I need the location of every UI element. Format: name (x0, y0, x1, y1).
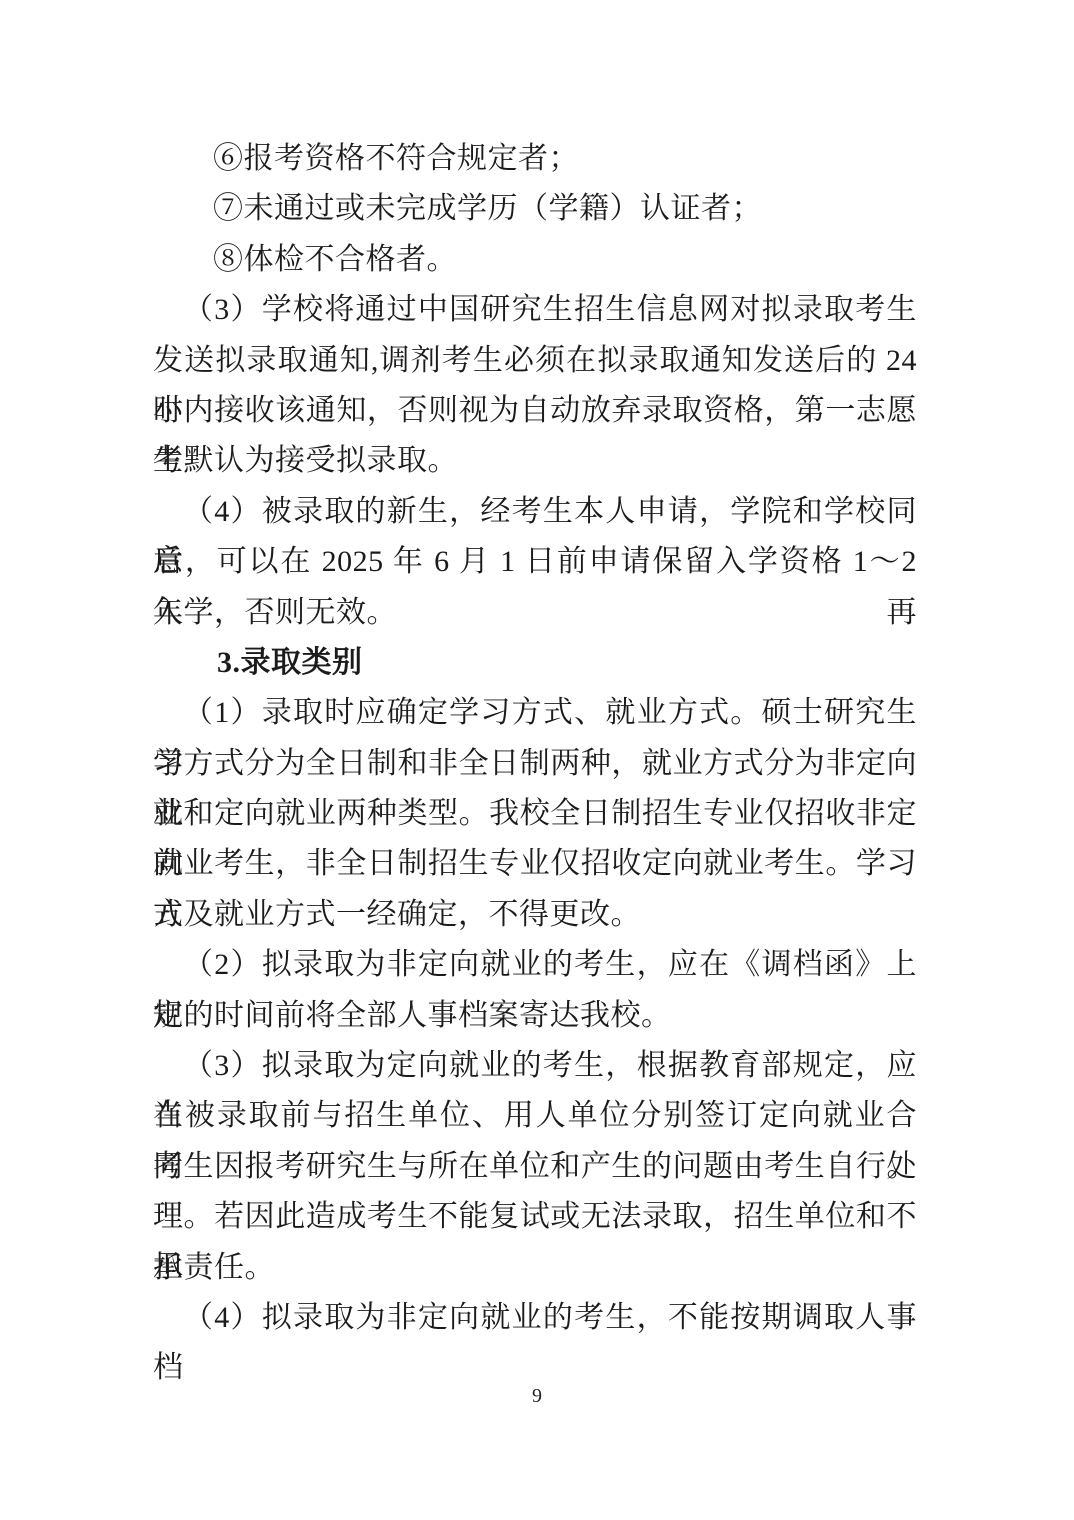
doc-line: 时内接收该通知，否则视为自动放弃录取资格，第一志愿考 (153, 386, 917, 436)
list-item-7: ⑦未通过或未完成学历（学籍）认证者； (153, 184, 917, 234)
doc-line: 业和定向就业两种类型。我校全日制招生专业仅招收非定向 (153, 789, 917, 839)
doc-line: 理。若因此造成考生不能复试或无法录取，招生单位和不承 (153, 1192, 917, 1242)
document-page: ⑥报考资格不符合规定者； ⑦未通过或未完成学历（学籍）认证者； ⑧体检不合格者。… (0, 0, 1074, 1520)
doc-line: 在被录取前与招生单位、用人单位分别签订定向就业合同。 (153, 1091, 917, 1141)
doc-line: （4）拟录取为非定向就业的考生，不能按期调取人事档 (153, 1293, 917, 1343)
text-block: ⑥报考资格不符合规定者； ⑦未通过或未完成学历（学籍）认证者； ⑧体检不合格者。… (153, 134, 917, 1343)
doc-line: 生默认为接受拟录取。 (153, 436, 917, 486)
list-item-8: ⑧体检不合格者。 (153, 235, 917, 285)
doc-line: （4）被录取的新生，经考生本人申请，学院和学校同意 (153, 487, 917, 537)
section-heading: 3.录取类别 (153, 638, 917, 688)
doc-line: 担责任。 (153, 1243, 917, 1293)
doc-line: 就业考生，非全日制招生专业仅招收定向就业考生。学习方 (153, 839, 917, 889)
doc-line: （3）拟录取为定向就业的考生，根据教育部规定，应当 (153, 1041, 917, 1091)
doc-line: （3）学校将通过中国研究生招生信息网对拟录取考生 (153, 285, 917, 335)
doc-line: （1）录取时应确定学习方式、就业方式。硕士研究生学 (153, 688, 917, 738)
doc-line: 式及就业方式一经确定，不得更改。 (153, 890, 917, 940)
list-item-6: ⑥报考资格不符合规定者； (153, 134, 917, 184)
doc-line: 习方式分为全日制和非全日制两种，就业方式分为非定向就 (153, 739, 917, 789)
doc-line: 定的时间前将全部人事档案寄达我校。 (153, 991, 917, 1041)
doc-line: 考生因报考研究生与所在单位和产生的问题由考生自行处 (153, 1142, 917, 1192)
doc-line: 后，可以在 2025 年 6 月 1 日前申请保留入学资格 1～2 年再 (153, 537, 917, 587)
doc-line: （2）拟录取为非定向就业的考生，应在《调档函》上规 (153, 940, 917, 990)
doc-line: 发送拟录取通知,调剂考生必须在拟录取通知发送后的 24 小 (153, 336, 917, 386)
page-number: 9 (0, 1384, 1074, 1408)
